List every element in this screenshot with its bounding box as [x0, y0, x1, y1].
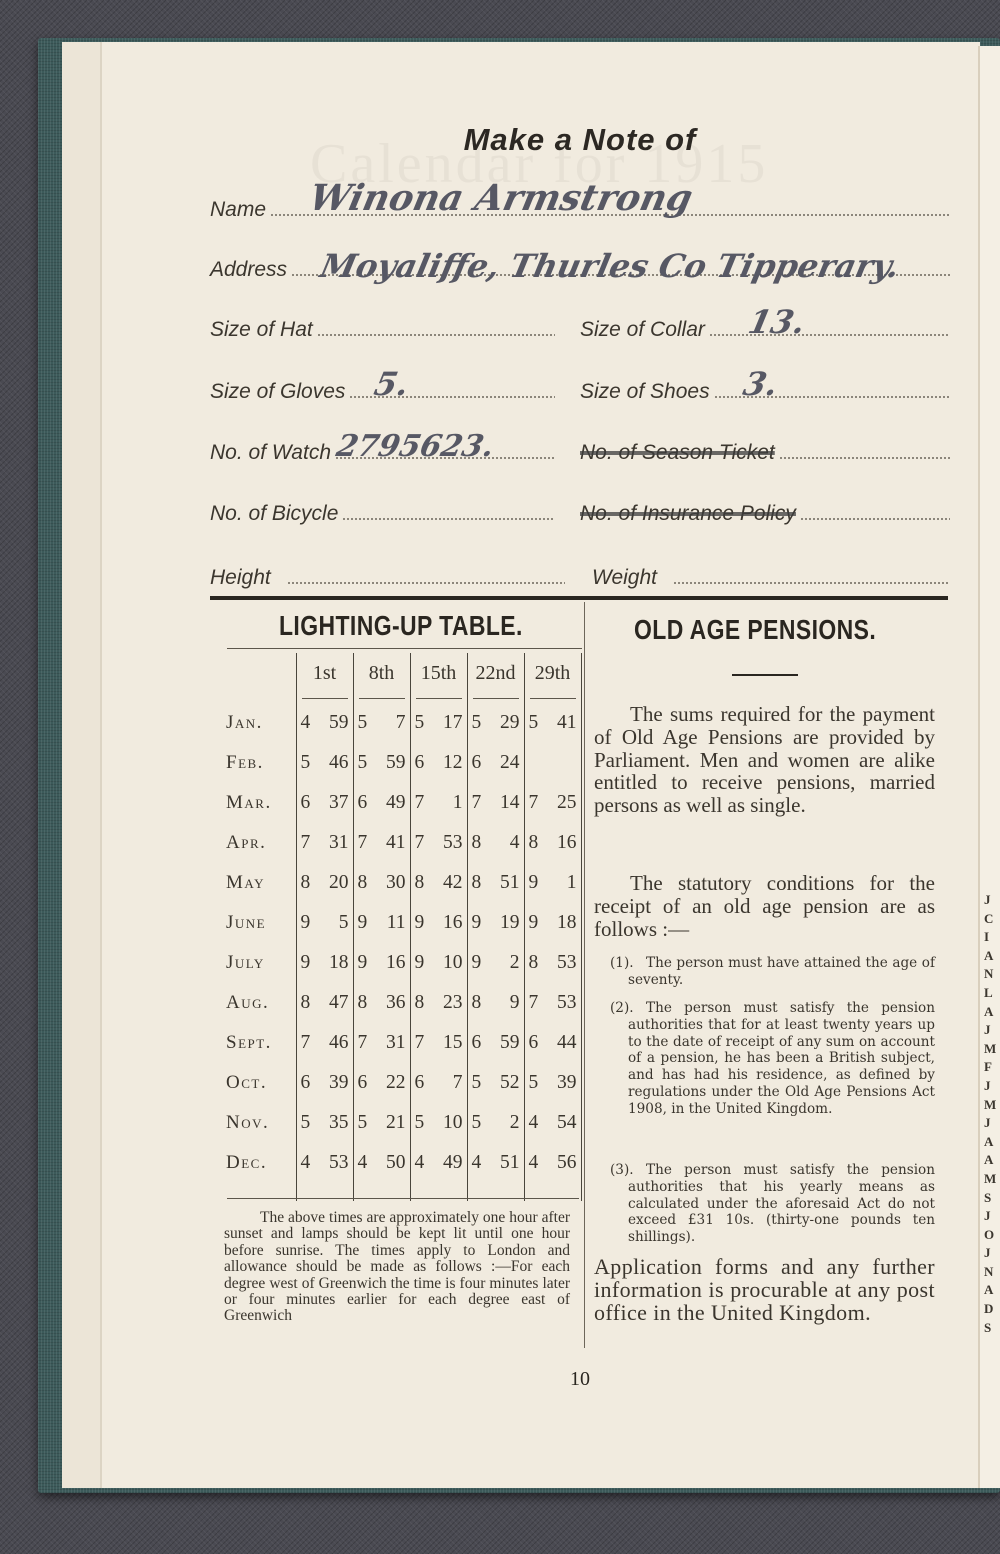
minute: 9: [490, 992, 520, 1014]
hour: 8: [411, 992, 433, 1014]
time-cell: 847: [296, 983, 353, 1023]
column-header: 22nd: [467, 653, 524, 693]
time-cell: 823: [410, 983, 467, 1023]
minute: 4: [490, 832, 520, 854]
month-label: Mar.: [222, 783, 296, 823]
time-cell: 916: [410, 903, 467, 943]
time-cell: 539: [524, 1063, 581, 1103]
minute: 24: [490, 752, 520, 774]
minute: 46: [319, 1032, 349, 1054]
minute: 49: [376, 792, 406, 814]
minute: 7: [433, 1072, 463, 1094]
minute: 54: [547, 1112, 577, 1134]
minute: 53: [547, 952, 577, 974]
time-cell: 456: [524, 1143, 581, 1183]
field-hat: Size of Hat: [210, 312, 555, 342]
hour: 4: [297, 712, 319, 734]
field-weight: Weight: [592, 560, 950, 590]
time-cell: 820: [296, 863, 353, 903]
month-label: Oct.: [222, 1063, 296, 1103]
time-cell: 842: [410, 863, 467, 903]
table-row: Sept.746731715659644: [222, 1023, 581, 1063]
time-cell: 57: [353, 703, 410, 743]
minute: 1: [433, 792, 463, 814]
lighting-table-title: LIGHTING-UP TABLE.: [279, 610, 523, 642]
minute: 56: [547, 1152, 577, 1174]
field-label-struck: No. of Season Ticket: [580, 441, 779, 465]
time-cell: 84: [467, 823, 524, 863]
hour: 7: [354, 1032, 376, 1054]
field-label: Size of Shoes: [580, 380, 714, 404]
hour: 8: [354, 992, 376, 1014]
month-label: Aug.: [222, 983, 296, 1023]
hour: 4: [411, 1152, 433, 1174]
field-season-ticket: No. of Season Ticket: [580, 435, 950, 465]
hour: 8: [297, 992, 319, 1014]
month-label: Sept.: [222, 1023, 296, 1063]
minute: 41: [547, 712, 577, 734]
minute: 59: [490, 1032, 520, 1054]
month-label: June: [222, 903, 296, 943]
hour: 7: [411, 1032, 433, 1054]
hour: 8: [525, 832, 547, 854]
minute: 25: [547, 792, 577, 814]
time-cell: 454: [524, 1103, 581, 1143]
condition-text: The person must satisfy the pension auth…: [610, 1162, 935, 1246]
minute: 47: [319, 992, 349, 1014]
time-cell: 535: [296, 1103, 353, 1143]
dotted-line[interactable]: [800, 517, 950, 521]
hour: 7: [525, 992, 547, 1014]
minute: 53: [433, 832, 463, 854]
condition-number: (2).: [610, 1000, 634, 1017]
column-header: 8th: [353, 653, 410, 693]
time-cell: 91: [524, 863, 581, 903]
field-label: Size of Collar: [580, 318, 709, 342]
minute: 14: [490, 792, 520, 814]
page-title: Make a Note of: [0, 122, 1000, 158]
section-divider: [210, 596, 948, 600]
hour: 5: [468, 1072, 490, 1094]
minute: 5: [319, 912, 349, 934]
handwritten-value: Moyaliffe, Thurles Co Tipperary.: [317, 247, 903, 285]
column-header: 15th: [410, 653, 467, 693]
time-cell: 919: [467, 903, 524, 943]
table-header-row: 1st 8th 15th 22nd 29th: [222, 653, 581, 693]
time-cell: 753: [410, 823, 467, 863]
field-height: Height: [210, 560, 565, 590]
dotted-line[interactable]: 2795623.: [335, 456, 555, 460]
field-insurance: No. of Insurance Policy: [580, 496, 950, 526]
time-cell: 546: [296, 743, 353, 783]
table-row: July91891691092853: [222, 943, 581, 983]
time-cell: 67: [410, 1063, 467, 1103]
minute: 59: [376, 752, 406, 774]
hour: 7: [525, 792, 547, 814]
field-watch: No. of Watch 2795623.: [210, 435, 555, 465]
hour: 6: [354, 792, 376, 814]
hour: 7: [468, 792, 490, 814]
hour: 7: [411, 792, 433, 814]
pensions-title: OLD AGE PENSIONS.: [634, 614, 876, 646]
field-name: Name Winona Armstrong: [210, 192, 950, 222]
table-row: Mar.63764971714725: [222, 783, 581, 823]
minute: 1: [547, 872, 577, 894]
dotted-line[interactable]: [342, 517, 555, 521]
field-shoes: Size of Shoes 3.: [580, 374, 950, 404]
condition-text: The person must have attained the age of…: [610, 955, 935, 989]
minute: 37: [319, 792, 349, 814]
time-cell: 529: [467, 703, 524, 743]
minute: 20: [319, 872, 349, 894]
hour: 6: [354, 1072, 376, 1094]
minute: 50: [376, 1152, 406, 1174]
month-label: Dec.: [222, 1143, 296, 1183]
minute: 21: [376, 1112, 406, 1134]
hour: 6: [297, 792, 319, 814]
next-page-edge: J C I A N L A J M F J M J A A M S J O J …: [978, 46, 1000, 1488]
minute: 35: [319, 1112, 349, 1134]
hour: 7: [411, 832, 433, 854]
table-row: Apr.73174175384816: [222, 823, 581, 863]
hour: 4: [468, 1152, 490, 1174]
hour: 5: [354, 712, 376, 734]
table-bottom-rule: [227, 1198, 579, 1199]
minute: 59: [319, 712, 349, 734]
minute: 10: [433, 1112, 463, 1134]
hour: 5: [411, 1112, 433, 1134]
hour: 5: [411, 712, 433, 734]
hour: 4: [354, 1152, 376, 1174]
field-address: Address Moyaliffe, Thurles Co Tipperary.: [210, 252, 950, 282]
table-row: Nov.53552151052454: [222, 1103, 581, 1143]
header-underline: [530, 698, 576, 699]
time-cell: 95: [296, 903, 353, 943]
minute: 52: [490, 1072, 520, 1094]
hour: 9: [354, 952, 376, 974]
time-cell: 659: [467, 1023, 524, 1063]
field-label: Size of Hat: [210, 318, 317, 342]
hour: 8: [525, 952, 547, 974]
dotted-line[interactable]: [287, 581, 565, 585]
field-collar: Size of Collar 13.: [580, 312, 950, 342]
field-label: Size of Gloves: [210, 380, 349, 404]
month-label: Apr.: [222, 823, 296, 863]
hour: 9: [525, 872, 547, 894]
hour: 4: [525, 1152, 547, 1174]
minute: 23: [433, 992, 463, 1014]
time-cell: 71: [410, 783, 467, 823]
next-page-letters: J C I A N L A J M F J M J A A M S J O J …: [984, 891, 996, 1337]
minute: 46: [319, 752, 349, 774]
page-number: 10: [560, 1368, 600, 1391]
header-underline: [359, 698, 405, 699]
time-cell: 853: [524, 943, 581, 983]
minute: 12: [433, 752, 463, 774]
table-row: Jan.45957517529541: [222, 703, 581, 743]
month-label: July: [222, 943, 296, 983]
minute: 18: [547, 912, 577, 934]
time-cell: 451: [467, 1143, 524, 1183]
dotted-line[interactable]: 13.: [709, 333, 950, 337]
minute: 31: [319, 832, 349, 854]
minute: 36: [376, 992, 406, 1014]
field-label: Name: [210, 198, 270, 222]
time-cell: 725: [524, 783, 581, 823]
field-label: Weight: [592, 566, 673, 590]
hour: 5: [468, 712, 490, 734]
header-underline: [416, 698, 462, 699]
field-bicycle: No. of Bicycle: [210, 496, 555, 526]
time-cell: 517: [410, 703, 467, 743]
minute: 7: [376, 712, 406, 734]
title-rule: [732, 674, 798, 676]
hour: 9: [525, 912, 547, 934]
time-cell: 715: [410, 1023, 467, 1063]
hour: 5: [297, 752, 319, 774]
time-cell: 731: [353, 1023, 410, 1063]
condition-number: (3).: [610, 1162, 634, 1179]
hour: 9: [411, 912, 433, 934]
dotted-line[interactable]: 3.: [714, 395, 950, 399]
handwritten-value: Winona Armstrong: [306, 177, 697, 219]
minute: 2: [490, 1112, 520, 1134]
minute: 16: [547, 832, 577, 854]
table-row: Dec.453450449451456: [222, 1143, 581, 1183]
minute: 16: [376, 952, 406, 974]
hour: 9: [468, 952, 490, 974]
dotted-line[interactable]: [779, 456, 950, 460]
condition-item: (2). The person must satisfy the pension…: [610, 1000, 935, 1118]
time-cell: 622: [353, 1063, 410, 1103]
hour: 9: [411, 952, 433, 974]
field-label: No. of Watch: [210, 441, 335, 465]
time-cell: 510: [410, 1103, 467, 1143]
header-underline: [473, 698, 519, 699]
time-cell: 450: [353, 1143, 410, 1183]
time-cell: 637: [296, 783, 353, 823]
hour: 6: [411, 752, 433, 774]
minute: 44: [547, 1032, 577, 1054]
condition-item: (1). The person must have attained the a…: [610, 955, 935, 989]
handwritten-value: 5.: [371, 365, 412, 403]
time-cell: 624: [467, 743, 524, 783]
minute: 15: [433, 1032, 463, 1054]
hour: 8: [468, 992, 490, 1014]
month-label: Jan.: [222, 703, 296, 743]
time-cell: 746: [296, 1023, 353, 1063]
minute: 18: [319, 952, 349, 974]
hour: 8: [411, 872, 433, 894]
hour: 8: [297, 872, 319, 894]
hour: 4: [297, 1152, 319, 1174]
time-cell: 552: [467, 1063, 524, 1103]
minute: 19: [490, 912, 520, 934]
time-cell: 521: [353, 1103, 410, 1143]
time-cell: 753: [524, 983, 581, 1023]
column-divider: [584, 602, 585, 1348]
time-cell: 52: [467, 1103, 524, 1143]
column-header: 1st: [296, 653, 353, 693]
hour: 5: [354, 752, 376, 774]
field-gloves: Size of Gloves 5.: [210, 374, 555, 404]
minute: 22: [376, 1072, 406, 1094]
time-cell: 731: [296, 823, 353, 863]
hour: 9: [297, 912, 319, 934]
time-cell: 644: [524, 1023, 581, 1063]
hour: 9: [354, 912, 376, 934]
table-row: Aug.84783682389753: [222, 983, 581, 1023]
field-label-struck: No. of Insurance Policy: [580, 502, 800, 526]
hour: 6: [411, 1072, 433, 1094]
hour: 5: [468, 1112, 490, 1134]
time-cell: 453: [296, 1143, 353, 1183]
hour: 6: [297, 1072, 319, 1094]
hour: 6: [468, 752, 490, 774]
lighting-table-note: The above times are approximately one ho…: [224, 1210, 570, 1325]
minute: 53: [547, 992, 577, 1014]
minute: 51: [490, 1152, 520, 1174]
lighting-table: 1st 8th 15th 22nd 29th Jan.4595751752954…: [222, 653, 582, 1201]
dotted-line[interactable]: Moyaliffe, Thurles Co Tipperary.: [291, 273, 950, 277]
time-cell: 639: [296, 1063, 353, 1103]
condition-number: (1).: [610, 955, 634, 972]
hour: 7: [297, 1032, 319, 1054]
hour: 9: [468, 912, 490, 934]
hour: 5: [525, 712, 547, 734]
minute: 29: [490, 712, 520, 734]
time-cell: 89: [467, 983, 524, 1023]
minute: 17: [433, 712, 463, 734]
time-cell: 741: [353, 823, 410, 863]
pensions-closing: Application forms and any further inform…: [594, 1256, 935, 1324]
minute: 30: [376, 872, 406, 894]
month-label: Nov.: [222, 1103, 296, 1143]
time-cell: 559: [353, 743, 410, 783]
time-cell: 851: [467, 863, 524, 903]
hour: 7: [354, 832, 376, 854]
time-cell: 714: [467, 783, 524, 823]
minute: 39: [319, 1072, 349, 1094]
hour: 4: [525, 1112, 547, 1134]
minute: 39: [547, 1072, 577, 1094]
minute: 51: [490, 872, 520, 894]
hour: 7: [297, 832, 319, 854]
handwritten-value: 13.: [745, 303, 809, 341]
table-top-rule: [227, 648, 582, 649]
hour: 5: [297, 1112, 319, 1134]
lighting-table-body: Jan.45957517529541Feb.546559612624Mar.63…: [222, 703, 581, 1201]
time-cell: [524, 743, 581, 783]
minute: 41: [376, 832, 406, 854]
time-cell: 92: [467, 943, 524, 983]
note-text: The above times are approximately one ho…: [224, 1210, 570, 1325]
dotted-line[interactable]: 5.: [349, 395, 555, 399]
time-cell: 918: [524, 903, 581, 943]
handwritten-value: 2795623.: [333, 429, 497, 464]
time-cell: 541: [524, 703, 581, 743]
month-label: May: [222, 863, 296, 903]
time-cell: 612: [410, 743, 467, 783]
minute: 10: [433, 952, 463, 974]
time-cell: 911: [353, 903, 410, 943]
field-label: Address: [210, 258, 291, 282]
column-header: 29th: [524, 653, 581, 693]
dotted-line[interactable]: [673, 581, 950, 585]
hour: 6: [525, 1032, 547, 1054]
table-row: June95911916919918: [222, 903, 581, 943]
hour: 8: [468, 872, 490, 894]
condition-text: The person must satisfy the pension auth…: [610, 1000, 935, 1118]
hour: 6: [468, 1032, 490, 1054]
minute: 16: [433, 912, 463, 934]
time-cell: 449: [410, 1143, 467, 1183]
time-cell: 459: [296, 703, 353, 743]
minute: 31: [376, 1032, 406, 1054]
hour: 5: [525, 1072, 547, 1094]
time-cell: 918: [296, 943, 353, 983]
pensions-conditions-intro: The statutory conditions for the receipt…: [594, 872, 935, 940]
field-label: No. of Bicycle: [210, 502, 342, 526]
time-cell: 816: [524, 823, 581, 863]
time-cell: 649: [353, 783, 410, 823]
header-underline: [302, 698, 348, 699]
time-cell: 836: [353, 983, 410, 1023]
time-cell: 916: [353, 943, 410, 983]
handwritten-value: 3.: [740, 365, 781, 403]
minute: 2: [490, 952, 520, 974]
hour: 5: [354, 1112, 376, 1134]
field-label: Height: [210, 566, 287, 590]
hour: 8: [354, 872, 376, 894]
hour: 9: [297, 952, 319, 974]
condition-item: (3). The person must satisfy the pension…: [610, 1162, 935, 1246]
minute: 42: [433, 872, 463, 894]
minute: 49: [433, 1152, 463, 1174]
time-cell: 910: [410, 943, 467, 983]
month-label: Feb.: [222, 743, 296, 783]
hour: 8: [468, 832, 490, 854]
time-cell: 830: [353, 863, 410, 903]
dotted-line[interactable]: [317, 333, 555, 337]
table-row: Feb.546559612624: [222, 743, 581, 783]
dotted-line[interactable]: Winona Armstrong: [270, 213, 950, 217]
pensions-intro: The sums required for the payment of Old…: [594, 703, 935, 817]
minute: 11: [376, 912, 406, 934]
table-row: May82083084285191: [222, 863, 581, 903]
minute: 53: [319, 1152, 349, 1174]
table-row: Oct.63962267552539: [222, 1063, 581, 1103]
